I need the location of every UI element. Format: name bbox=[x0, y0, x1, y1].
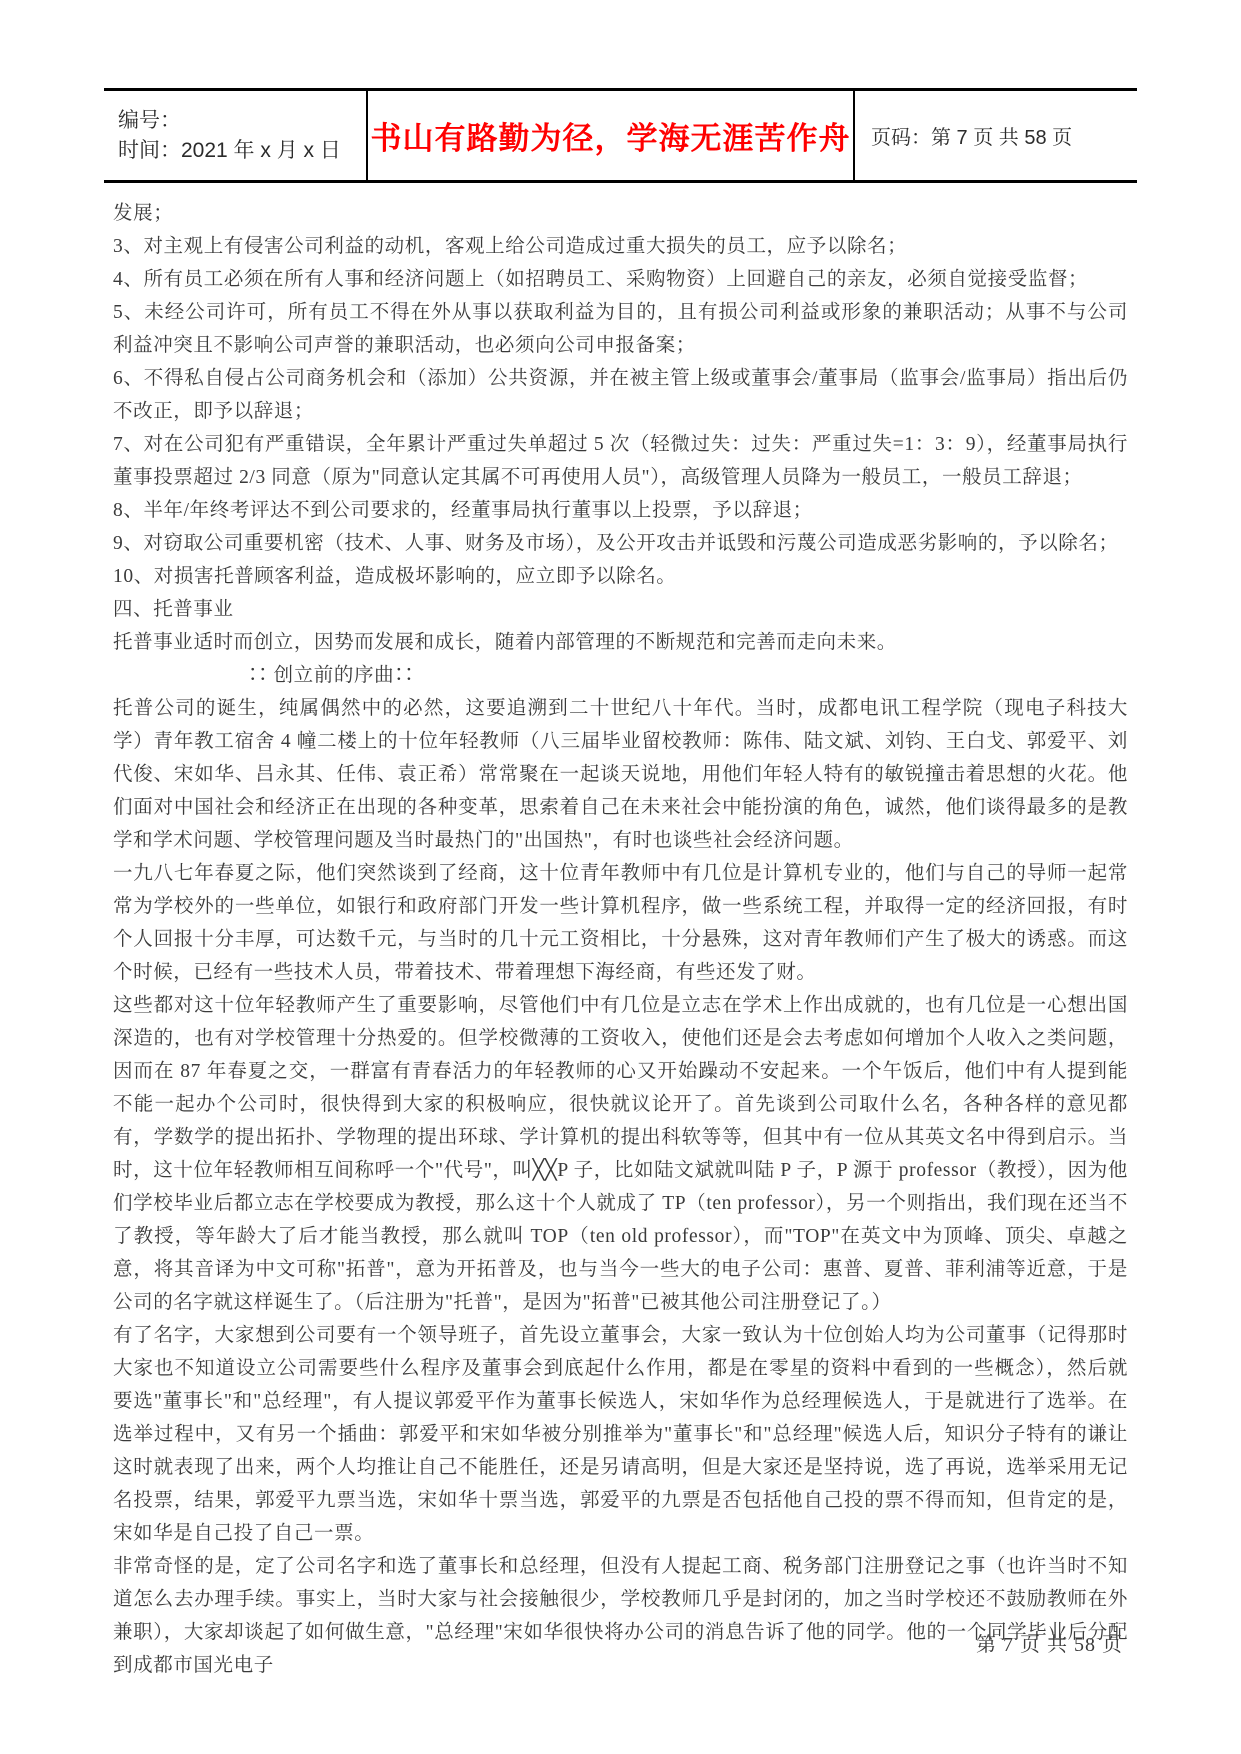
body-paragraph: 托普公司的诞生，纯属偶然中的必然，这要追溯到二十世纪八十年代。当时，成都电讯工程… bbox=[113, 692, 1128, 857]
document-body: 发展；3、对主观上有侵害公司利益的动机，客观上给公司造成过重大损失的员工，应予以… bbox=[113, 197, 1128, 1682]
header-cell-page: 页码：第 7 页 共 58 页 bbox=[855, 91, 1137, 180]
body-paragraph: 9、对窃取公司重要机密（技术、人事、财务及市场），及公开攻击并诋毁和污蔑公司造成… bbox=[113, 527, 1128, 560]
body-paragraph: 6、不得私自侵占公司商务机会和（添加）公共资源，并在被主管上级或董事会/董事局（… bbox=[113, 362, 1128, 428]
body-paragraph: 这些都对这十位年轻教师产生了重要影响，尽管他们中有几位是立志在学术上作出成就的，… bbox=[113, 989, 1128, 1319]
header-page-label: 页码：第 7 页 共 58 页 bbox=[871, 121, 1137, 150]
header-time-label: 时间：2021 年 x 月 x 日 bbox=[118, 136, 366, 166]
body-paragraph: ∷ 创立前的序曲∷ bbox=[113, 659, 1128, 692]
header-motto: 书山有路勤为径，学海无涯苦作舟 bbox=[371, 113, 851, 158]
body-paragraph: 3、对主观上有侵害公司利益的动机，客观上给公司造成过重大损失的员工，应予以除名； bbox=[113, 230, 1128, 263]
body-paragraph: 托普事业适时而创立，因势而发展和成长，随着内部管理的不断规范和完善而走向未来。 bbox=[113, 626, 1128, 659]
page-header-table: 编号： 时间：2021 年 x 月 x 日 书山有路勤为径，学海无涯苦作舟 页码… bbox=[104, 88, 1137, 183]
body-paragraph: 四、托普事业 bbox=[113, 593, 1128, 626]
footer-page-number: 第 7 页 共 58 页 bbox=[976, 1628, 1123, 1657]
body-paragraph: 非常奇怪的是，定了公司名字和选了董事长和总经理，但没有人提起工商、税务部门注册登… bbox=[113, 1550, 1128, 1682]
body-paragraph: 8、半年/年终考评达不到公司要求的，经董事局执行董事以上投票，予以辞退； bbox=[113, 494, 1128, 527]
body-paragraph: 4、所有员工必须在所有人事和经济问题上（如招聘员工、采购物资）上回避自己的亲友，… bbox=[113, 263, 1128, 296]
body-paragraph: 7、对在公司犯有严重错误，全年累计严重过失单超过 5 次（轻微过失：过失：严重过… bbox=[113, 428, 1128, 494]
body-paragraph: 一九八七年春夏之际，他们突然谈到了经商，这十位青年教师中有几位是计算机专业的，他… bbox=[113, 857, 1128, 989]
header-cell-motto: 书山有路勤为径，学海无涯苦作舟 bbox=[368, 91, 855, 180]
document-page: 编号： 时间：2021 年 x 月 x 日 书山有路勤为径，学海无涯苦作舟 页码… bbox=[0, 0, 1241, 1754]
header-number-label: 编号： bbox=[118, 106, 366, 136]
body-paragraph: 5、未经公司许可，所有员工不得在外从事以获取利益为目的，且有损公司利益或形象的兼… bbox=[113, 296, 1128, 362]
body-paragraph: 10、对损害托普顾客利益，造成极坏影响的，应立即予以除名。 bbox=[113, 560, 1128, 593]
body-paragraph: 发展； bbox=[113, 197, 1128, 230]
header-cell-meta: 编号： 时间：2021 年 x 月 x 日 bbox=[104, 91, 368, 180]
body-paragraph: 有了名字，大家想到公司要有一个领导班子，首先设立董事会，大家一致认为十位创始人均… bbox=[113, 1319, 1128, 1550]
